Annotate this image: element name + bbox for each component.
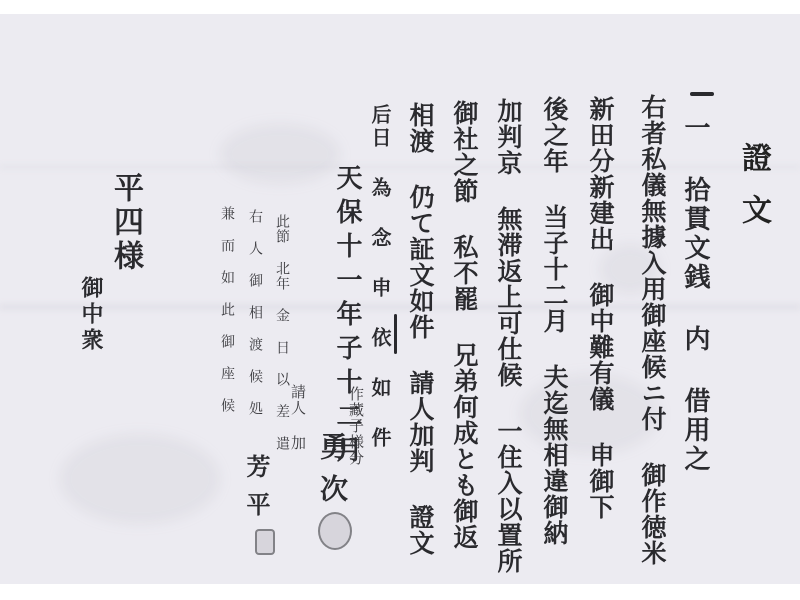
closing-stroke	[394, 314, 397, 354]
addressee-honorific: 御中衆	[80, 276, 102, 354]
body-line-2: 新田分新建出 御中難有儀 申御下	[588, 96, 613, 520]
addressee-name: 平四様	[110, 172, 140, 274]
body-line-1: 右者私儀無據入用御座候ニ付 御作徳米	[640, 94, 665, 566]
body-line-4: 加判京 無滞返上可仕候 一住入以置所	[496, 98, 521, 574]
paper-stain	[60, 434, 220, 524]
seal-stamp-1	[318, 512, 352, 550]
paper-stain	[220, 124, 340, 184]
document-heading: 一 拾貫文銭 内 借用之	[682, 114, 708, 474]
heading-mark	[690, 92, 714, 96]
note-line-2: 右 人 御 相 渡 候 処	[248, 209, 262, 416]
seal-stamp-2	[255, 529, 275, 555]
note-line-1: 此節 北年 金 日 以 差 遣	[275, 214, 289, 451]
body-line-7: 后日 為 念 申 依 如 件	[370, 104, 390, 450]
document-paper: 證文 一 拾貫文銭 内 借用之 右者私儀無據入用御座候ニ付 御作徳米 新田分新建…	[0, 14, 800, 584]
body-line-6: 相渡 仍て証文如件 請人加判 證文	[408, 102, 433, 556]
signatory-2-name: 芳平	[244, 454, 268, 530]
body-line-5: 御社之節 私不罷 兄弟何成とも御返	[452, 100, 477, 550]
note-line-3: 兼 而 如 此 御 座 候	[220, 206, 234, 413]
body-line-3: 後之年 当子十二月 夫迄無相違御納	[542, 96, 567, 546]
signatory-1-label: 作藏子様分	[348, 386, 363, 466]
signatory-2-label: 請人 加	[290, 384, 305, 451]
signatory-1-name: 勇次	[318, 432, 346, 516]
document-title: 證文	[738, 142, 768, 246]
